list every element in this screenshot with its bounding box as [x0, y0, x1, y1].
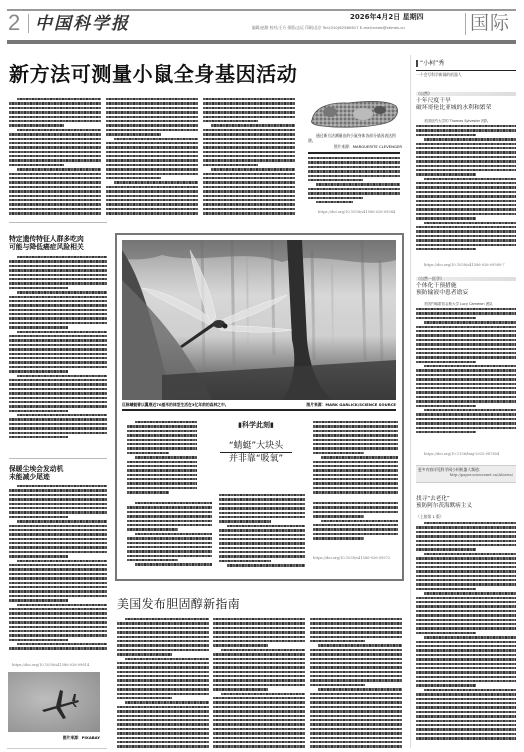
feature-col-3 [313, 421, 398, 501]
left-article1-title: 特定遗传特征人群多吃肉 可能与降低癌症风险相关 [9, 235, 109, 251]
more-info-box: 更多内容详见科学网小柯机器人频道： http://paper.sciencene… [416, 465, 516, 483]
left-col-rule-1 [9, 222, 107, 223]
item2-link[interactable]: https://doi.org/10.1136/bmj-2025-087654 [424, 452, 520, 456]
column-tag: ▮科学此刻▮ [221, 421, 291, 430]
right-col-divider [410, 55, 411, 748]
left-article2-link[interactable]: https://doi.org/10.1038/s41586-026-09614 [12, 663, 107, 667]
left-article2-title: 保暖尘埃会发动机 未能减少尾迹 [9, 465, 109, 481]
mouse-gene-map-image [308, 98, 400, 130]
item2-body [416, 308, 516, 440]
masthead-top-rule [7, 9, 516, 11]
dragonfly-image [122, 240, 396, 400]
page-bottom-rule [7, 748, 107, 749]
xiaoke-section-title: “小柯”秀 [416, 60, 516, 68]
feature-title-rule [220, 452, 292, 453]
section-divider [465, 13, 466, 35]
item3-byline: （上接第 1 版） [416, 514, 444, 519]
left-article1-body [9, 256, 107, 452]
bottom-col-3 [310, 618, 402, 750]
page-number-divider [28, 14, 29, 33]
bottom-col-2 [213, 618, 305, 750]
main-article-col-2 [106, 98, 198, 220]
bottom-headline: 美国发布胆固醇新指南 [117, 596, 240, 612]
paper-name-logo: 中国科学报 [35, 14, 130, 34]
more-info-link[interactable]: http://paper.sciencenet.cn/AInews/ [416, 473, 516, 478]
tag-square-right-icon: ▮ [270, 421, 274, 429]
masthead-bottom-rule [7, 40, 516, 44]
feature-link[interactable]: https://doi.org/10.1038/s41586-026-09572 [313, 556, 398, 560]
feature-title-line2: 并非靠“吸氧” [213, 453, 299, 465]
feature-col-2 [219, 494, 305, 574]
section-bar-icon [416, 60, 418, 67]
main-article-col-3 [203, 98, 295, 220]
dragonfly-image-caption: 巨脉蜻蜓曾以翼展近70厘米的体型生活在3亿年前的森林之中。 [122, 402, 272, 407]
dragonfly-image-credit: 图片来源：MARK GARLICK/SCIENCE SOURCE [272, 402, 396, 407]
item2-title: 个体化干预措施 预防输液中患者谵妄 [416, 283, 520, 297]
left-col-rule-2 [9, 458, 107, 459]
feature-col-3b [313, 502, 398, 548]
item1-title: 十年尺度干旱 破坏哥伦比亚城的水利和繁荣 [416, 98, 520, 112]
feature-col-1 [127, 421, 197, 501]
bottom-col-1 [117, 618, 209, 750]
item1-body [416, 125, 516, 257]
item1-link[interactable]: https://doi.org/10.1038/s41586-026-09580… [424, 263, 520, 267]
item3-title: 找寻“去老化” 预防阿尔茨海默病主义 [416, 496, 520, 510]
feature-title: “蜻蜓”大块头 并非靠“吸氧” [213, 440, 299, 465]
item1-lead: 美国纽约大学的 Thomas Sylvester 团队 [416, 119, 516, 123]
item2-lead: 美国约翰霍普金斯大学 Lucy Cameron 团队 [416, 302, 516, 306]
xiaoke-title-rule [416, 70, 516, 71]
mouse-image-caption: 通过新方法测量出的小鼠身体各部分基因表达图谱。 [308, 133, 400, 143]
mouse-image-rule [308, 152, 400, 154]
more-info-label: 更多内容详见科学网小柯机器人频道： [416, 466, 516, 473]
section-name: 国际 [470, 12, 510, 34]
airplane-image-credit: 图片来源：PIXABAY [8, 735, 100, 741]
item3-body [416, 522, 516, 748]
xiaoke-subtitle: 一个会写科学新闻的机器人 [416, 72, 516, 77]
main-article-col-1 [9, 98, 101, 220]
page-number: 2 [8, 12, 20, 34]
mouse-image-credit: 图片来源：MARGUERITE CLEVENGER [316, 144, 402, 149]
left-article2-body [9, 485, 107, 661]
dragonfly-image-rule [122, 409, 396, 411]
feature-title-line1: “蜻蜓”大块头 [213, 440, 299, 452]
item1-tag: 《自然》 [416, 91, 432, 97]
main-article-link[interactable]: https://doi.org/10.1038/s41586-026-09584 [318, 210, 402, 214]
airplane-image [8, 672, 100, 732]
main-headline: 新方法可测量小鼠全身基因活动 [9, 62, 297, 86]
item2-tag: 《自然－医学》 [416, 276, 444, 282]
main-article-col-4 [308, 157, 400, 209]
feature-col-1b [127, 502, 212, 570]
